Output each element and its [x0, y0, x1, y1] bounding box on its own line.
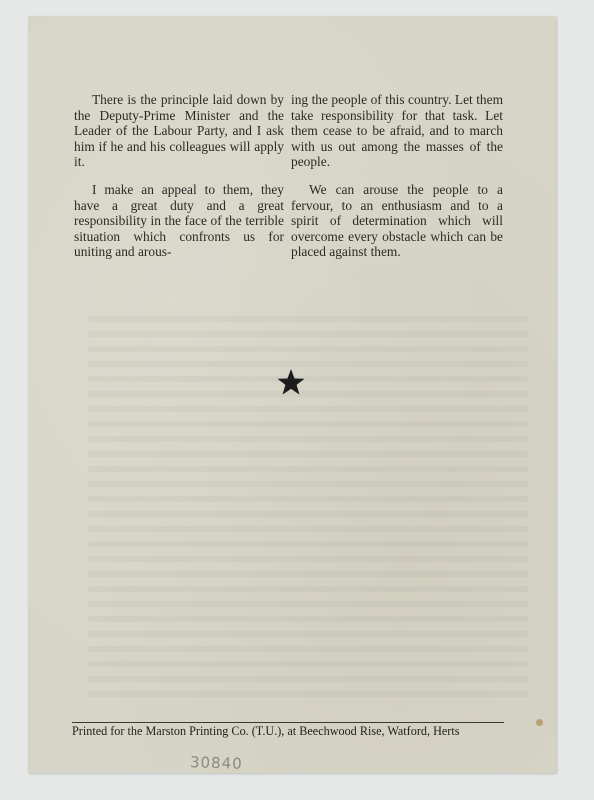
paragraph: We can arouse the people to a fervour, t…: [291, 182, 503, 260]
paragraph: There is the principle laid down by the …: [74, 92, 284, 170]
paragraph: I make an appeal to them, they have a gr…: [74, 182, 284, 260]
star-icon: [276, 367, 306, 397]
printed-page: There is the principle laid down by the …: [28, 16, 556, 773]
pencil-annotation: 30840: [190, 753, 243, 773]
left-column: There is the principle laid down by the …: [74, 92, 284, 272]
printer-imprint: Printed for the Marston Printing Co. (T.…: [72, 724, 508, 739]
show-through-text: [88, 316, 528, 706]
paragraph: ing the people of this country. Let them…: [291, 92, 503, 170]
paper-stain: [536, 719, 543, 726]
footer-divider: [72, 722, 504, 723]
right-column: ing the people of this country. Let them…: [291, 92, 503, 272]
